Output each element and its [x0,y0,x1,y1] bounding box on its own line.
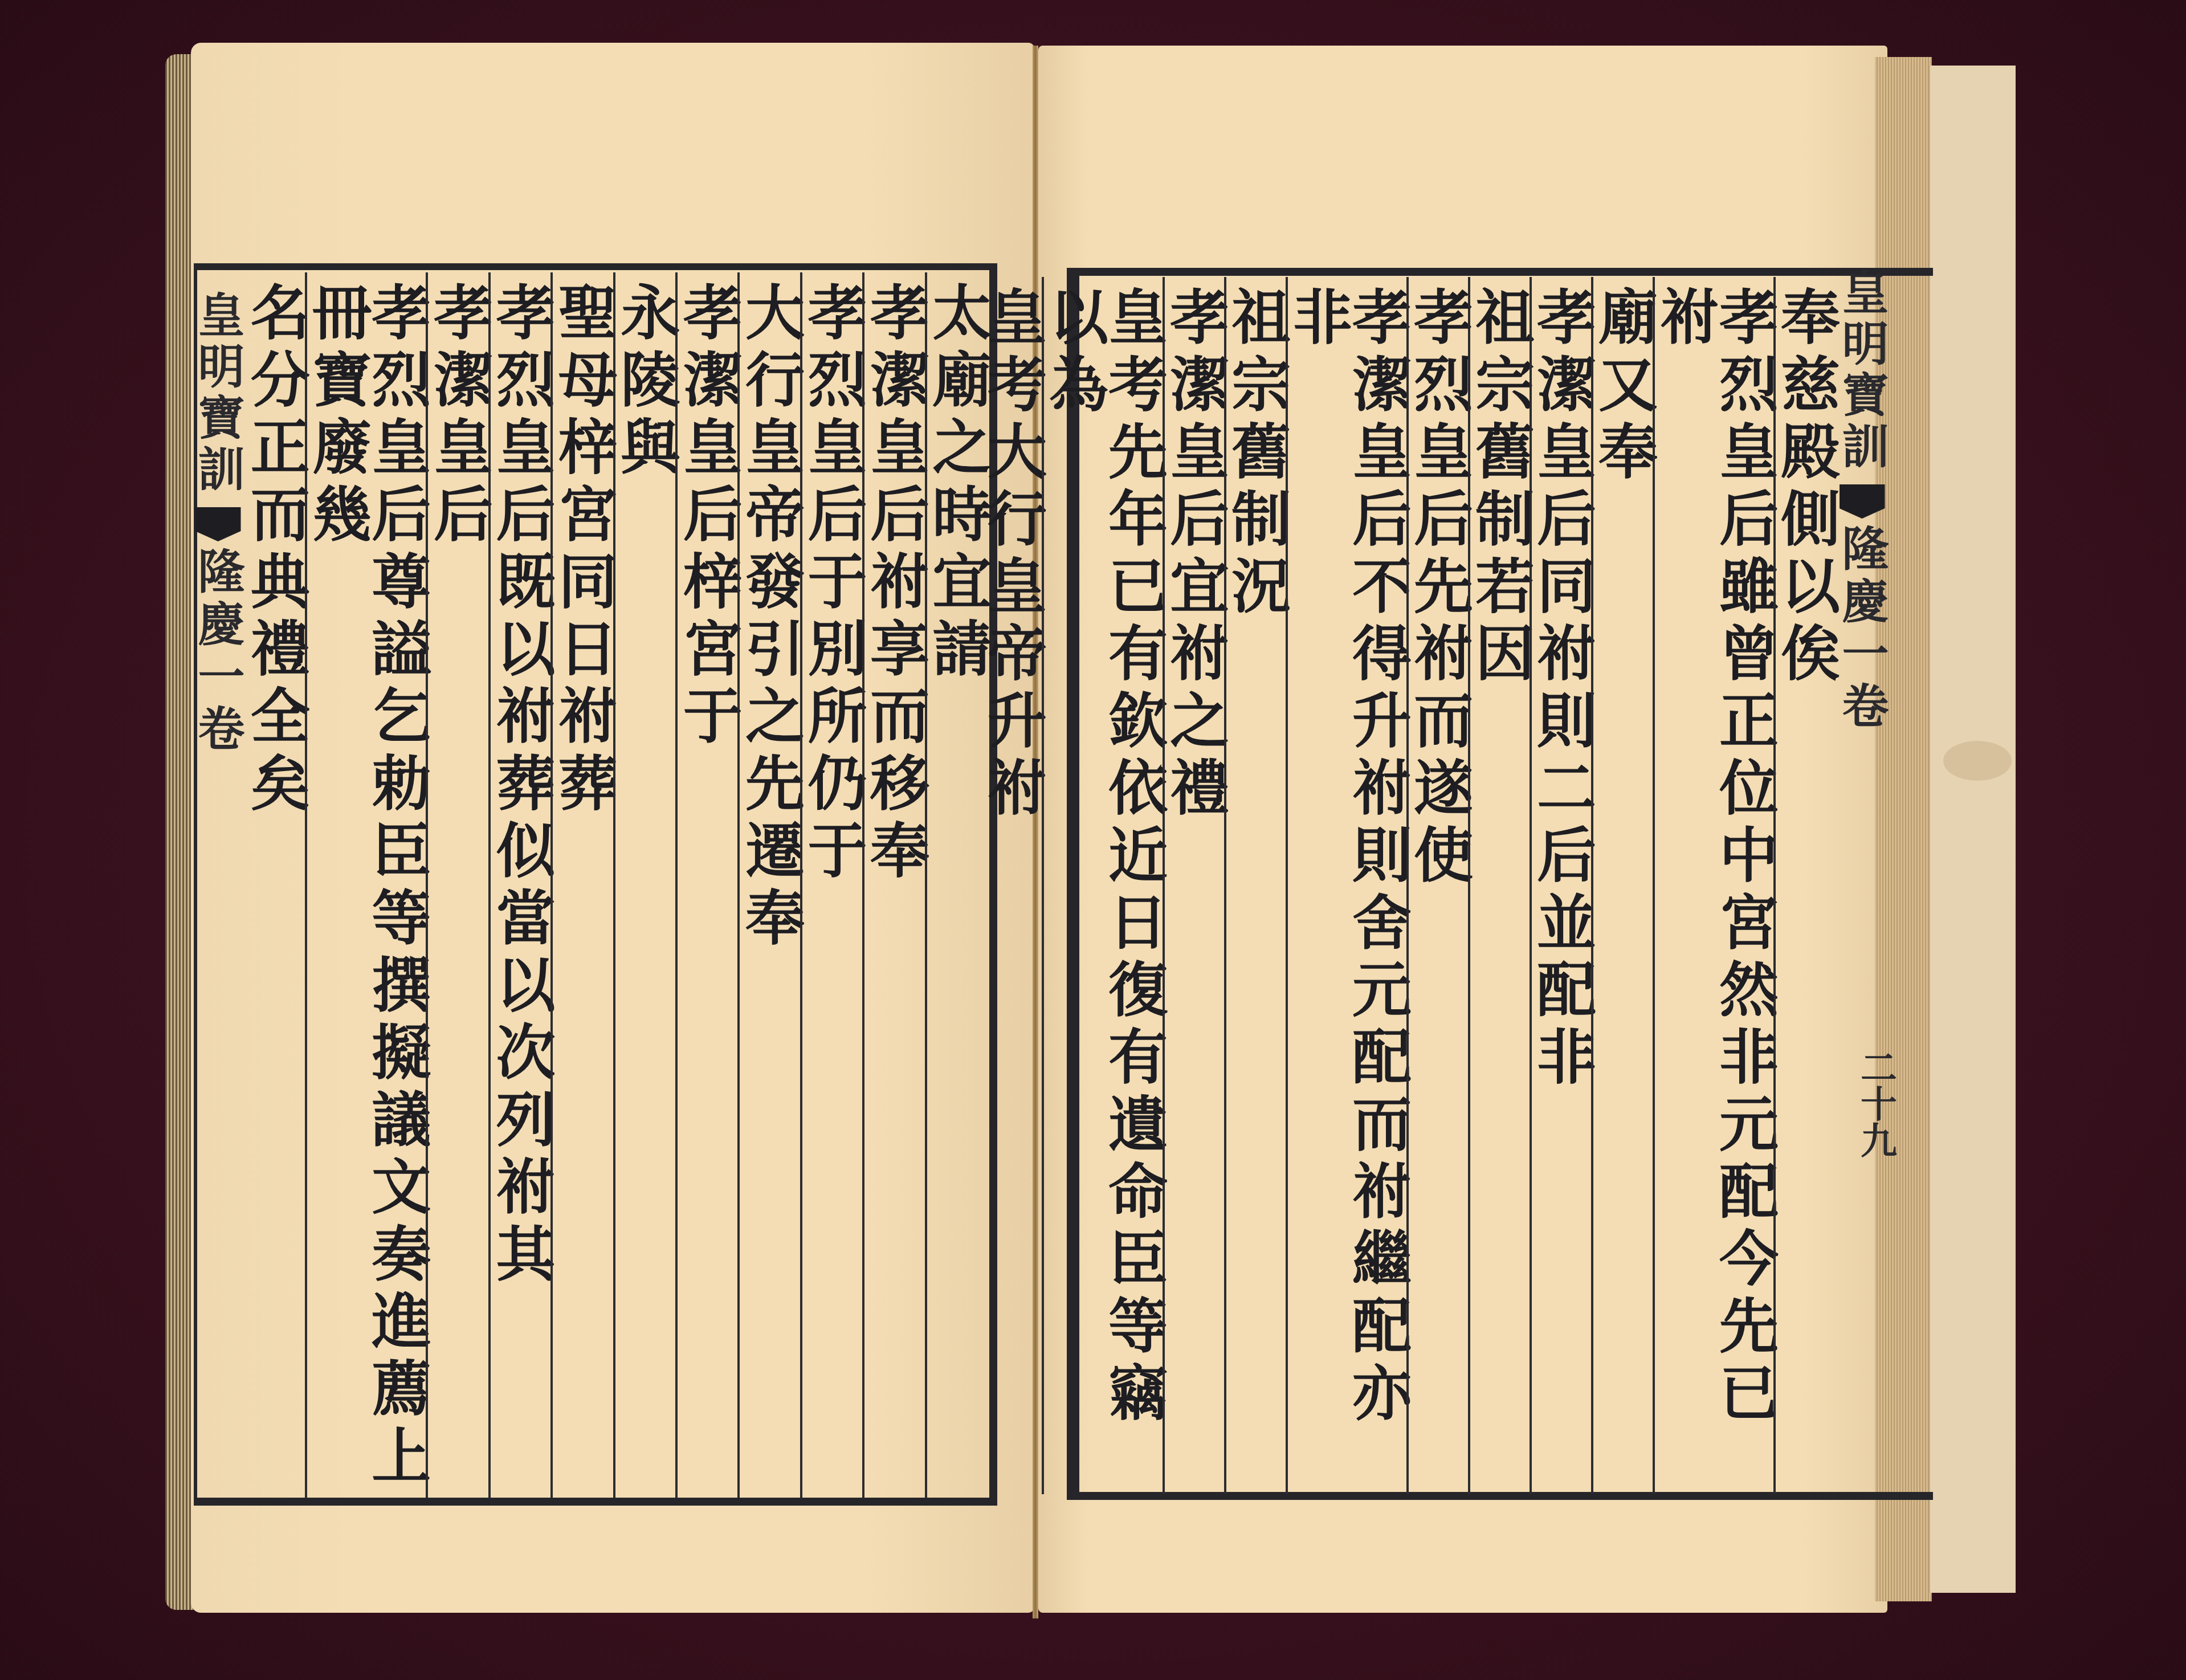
text-column: 祖宗舊制若因 [1468,277,1530,1494]
text-column: 孝潔皇后祔享而移奉 [862,272,924,1498]
flyleaf [1929,66,2016,1593]
text-column: 孝潔皇后同祔則二后並配非 [1530,277,1591,1494]
text-column: 孝烈皇后既以祔葬似當以次列祔其 [488,272,550,1498]
fishtail-mark-icon [195,507,241,541]
text-column: 孝烈皇后尊謚乞勅臣等撰擬議文奏進薦上冊寶廢幾 [305,272,426,1498]
left-page-center-margin: 皇明寶訓 隆慶一卷 [191,291,245,757]
page-number: 二十九 [1849,1049,1902,1158]
text-column: 皇考大行皇帝升祔 [982,277,1042,1494]
text-column: 孝潔皇后梓宮于 [675,272,737,1498]
volume-label: 隆慶一卷 [185,547,251,757]
text-column: 奉慈殿側以俟 [1773,277,1835,1494]
book-title: 皇明寶訓 [185,291,251,496]
right-page-text-columns: 奉慈殿側以俟 孝烈皇后雖曾正位中宮然非元配今先已祔 廟又奉 孝潔皇后同祔則二后並… [1083,277,1835,1494]
text-column: 孝烈皇后先祔而遂使 [1406,277,1468,1494]
text-column: 大行皇帝發引之先遷奉 [737,272,800,1498]
book-title: 皇明寶訓 [1829,268,1895,473]
left-page-stack-edge [165,54,194,1610]
text-column: 孝潔皇后不得升祔則舍元配而祔繼配亦非 [1286,277,1406,1494]
volume-label: 隆慶一卷 [1829,524,1895,734]
text-column: 孝烈皇后雖曾正位中宮然非元配今先已祔 [1653,277,1773,1494]
text-column: 祖宗舊制況 [1224,277,1286,1494]
text-column: 皇考先年已有欽依近日復有遺命臣等竊以為 [1042,277,1163,1494]
left-page-text-columns: 太廟之時宜請 孝潔皇后祔享而移奉 孝烈皇后于別所仍于 大行皇帝發引之先遷奉 孝潔… [245,272,987,1498]
text-column: 孝烈皇后于別所仍于 [800,272,862,1498]
text-column: 永陵與 [613,272,675,1498]
fishtail-mark-icon [1840,484,1885,519]
text-column: 聖母梓宮同日祔葬 [550,272,613,1498]
text-column: 廟又奉 [1591,277,1653,1494]
water-stain [1943,741,2012,781]
text-column: 名分正而典禮全矣 [245,272,305,1498]
text-column: 孝潔皇后宜祔之禮 [1163,277,1224,1494]
text-column: 孝潔皇后 [426,272,488,1498]
